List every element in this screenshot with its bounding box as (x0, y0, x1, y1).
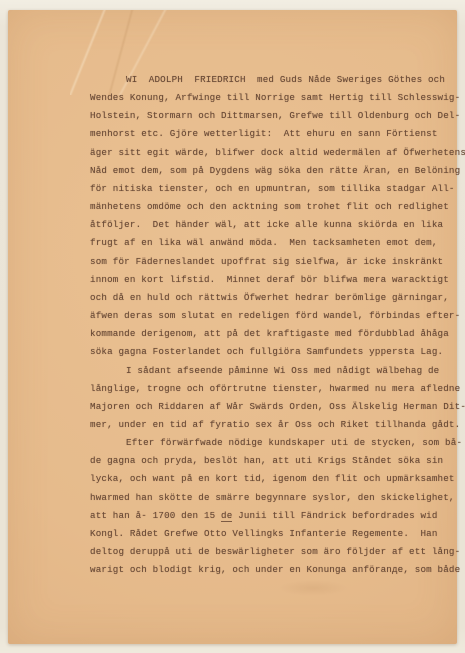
photograph-background: WI ADOLPH FRIEDRICH med Guds Nåde Swerig… (0, 0, 465, 653)
typed-line: lycka, och want på en kort tid, igenom d… (90, 470, 456, 488)
line-25-pre: att han å- 1700 den 15 (90, 510, 221, 521)
typed-line: åtföljer. Det händer wäl, att icke alle … (90, 216, 456, 234)
typed-line: långlige, trogne och oförtrutne tienster… (90, 380, 456, 398)
typed-line: Holstein, Stormarn och Dittmarsen, Grefw… (90, 107, 456, 125)
typed-line: äger sitt egit wärde, blifwer dock altid… (90, 144, 456, 162)
typed-line: warigt och blodigt krig, och under en Ko… (90, 561, 456, 579)
typed-line: äfwen deras som slutat en redeligen förd… (90, 307, 456, 325)
typed-line-with-underline: att han å- 1700 den 15 de Junii till Fän… (90, 507, 456, 525)
typed-line: söka gagna Fosterlandet och fullgiöra Sa… (90, 343, 456, 361)
paper-smudge (278, 580, 348, 596)
typed-line: Nåd emot dem, som på Dygdens wäg söka de… (90, 162, 456, 180)
document-paper: WI ADOLPH FRIEDRICH med Guds Nåde Swerig… (8, 10, 457, 644)
typed-line: I sådant afseende påminne Wi Oss med nåd… (90, 362, 456, 380)
typed-line: WI ADOLPH FRIEDRICH med Guds Nåde Swerig… (90, 71, 456, 89)
typed-line: för nitiska tienster, och en upmuntran, … (90, 180, 456, 198)
underlined-date-ordinal: de (221, 510, 232, 522)
typed-line: Efter förwärfwade nödige kundskaper uti … (90, 434, 456, 452)
line-25-post: Junii till Fändrick befordrades wid (232, 510, 437, 521)
typed-line: Majoren och Riddaren af Wår Swärds Orden… (90, 398, 456, 416)
typed-line: Kongl. Rådet Grefwe Otto Vellingks Infan… (90, 525, 456, 543)
typed-line: frugt af en lika wäl anwänd möda. Men ta… (90, 234, 456, 252)
typed-line: de gagna och pryda, beslöt han, att uti … (90, 452, 456, 470)
typed-line: deltog deruppå uti de beswärligheter som… (90, 543, 456, 561)
typed-line: mer, under en tid af fyratio sex år Oss … (90, 416, 456, 434)
typed-line: Wendes Konung, Arfwinge till Norrige sam… (90, 89, 456, 107)
typed-line: innom en kort lifstid. Minnet deraf bör … (90, 271, 456, 289)
typed-line: som för Fäderneslandet upoffrat sig siel… (90, 253, 456, 271)
typed-line: kommande derigenom, att på det kraftigas… (90, 325, 456, 343)
typed-line: och då en huld och rättwis Öfwerhet hedr… (90, 289, 456, 307)
typed-line: menhorst etc. Gjöre wetterligit: Att ehu… (90, 125, 456, 143)
typed-line: mänhetens omdöme och den acktning som tr… (90, 198, 456, 216)
typed-line: hwarmed han skötte de smärre begynnare s… (90, 489, 456, 507)
typewritten-text-block: WI ADOLPH FRIEDRICH med Guds Nåde Swerig… (90, 71, 456, 579)
